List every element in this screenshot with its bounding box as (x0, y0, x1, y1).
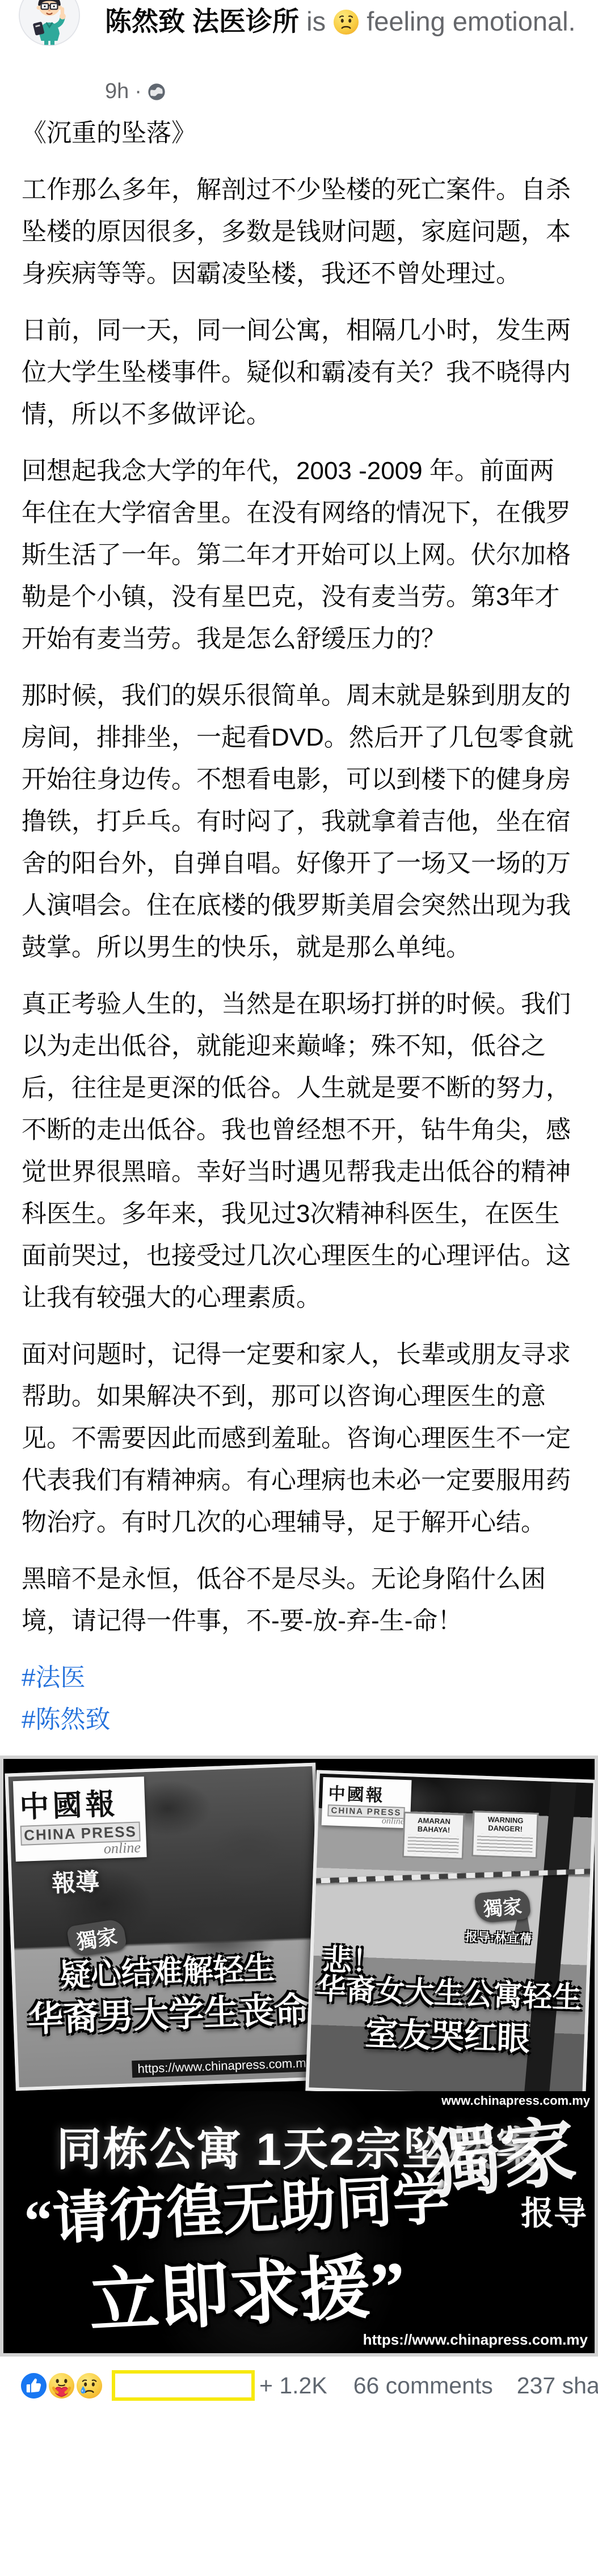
china-press-logo: 中國報 CHINA PRESS online (13, 1776, 147, 1862)
post-header: 陈然致 法医诊所 is feeling emotional. 9h · (0, 0, 598, 109)
post-image[interactable]: 中國報 CHINA PRESS online 報導 獨家 疑心结难解轻生 华裔男… (0, 1756, 598, 2357)
like-reaction-icon[interactable] (20, 2372, 47, 2399)
post-paragraph: 黑暗不是永恒，低谷不是尽头。无论身陷什么困境，请记得一件事，不-要-放-弃-生-… (22, 1558, 576, 1642)
post-paragraph: 工作那么多年，解剖过不少坠楼的死亡案件。自杀坠楼的原因很多，多数是钱财问题，家庭… (22, 169, 576, 295)
shares-count[interactable]: 237 shares (517, 2372, 598, 2399)
author-name-link[interactable]: 陈然致 法医诊所 (105, 6, 299, 36)
globe-privacy-icon (148, 83, 166, 101)
headline-left-2: 华裔男大学生丧命 (16, 1981, 322, 2042)
reactions-bar: + 1.2K 66 comments 237 shares (0, 2369, 598, 2402)
hashtags: #法医 #陈然致 (22, 1657, 576, 1741)
post-title: 《沉重的坠落》 (22, 112, 576, 154)
baodao-stamp: 报导 (521, 2186, 587, 2234)
timestamp[interactable]: 9h (105, 79, 129, 104)
source-url-bottom: https://www.chinapress.com.my (363, 2331, 588, 2349)
avatar[interactable] (19, 0, 80, 46)
facebook-post: 陈然致 法医诊所 is feeling emotional. 9h · (0, 0, 598, 2576)
image-bottom-zone: www.chinapress.com.my 同栋公寓 1天2宗坠楼案 “请彷徨无… (3, 2091, 595, 2353)
reporter-byline: 报导:林宜蒨 (465, 1927, 532, 1947)
activity-feeling: feeling emotional. (367, 6, 575, 36)
press-logo-cn: 中國報 (19, 1779, 140, 1826)
post-paragraph: 日前，同一天，同一间公寓，相隔几小时，发生两位大学生坠楼事件。疑似和霸凌有关？我… (22, 310, 576, 435)
hashtag-chenranzhi[interactable]: #陈然致 (22, 1699, 110, 1741)
post-paragraph: 真正考验人生的，当然是在职场打拼的时候。我们以为走出低谷，就能迎来巅峰；殊不知，… (22, 983, 576, 1319)
activity-is: is (306, 6, 326, 36)
redaction-marker-box (112, 2370, 255, 2401)
quote-line-2: 立即求援” (86, 2230, 408, 2347)
warning-sign-english: WARNING DANGER! (471, 1811, 539, 1859)
reaction-count[interactable]: + 1.2K (259, 2372, 327, 2399)
post-paragraph: 面对问题时，记得一定要和家人，长辈或朋友寻求帮助。如果解决不到，那可以咨询心理医… (22, 1334, 576, 1543)
news-clipping-right: 中國報 CHINA PRESS online AMARAN BAHAYA! WA… (305, 1770, 596, 2101)
meta-dot: · (134, 79, 142, 104)
baodao-tag: 報導 (51, 1863, 100, 1899)
doctor-cartoon-avatar-icon (19, 0, 80, 46)
exclusive-badge: 獨家 (474, 1889, 531, 1923)
hashtag-fayi[interactable]: #法医 (22, 1657, 85, 1699)
sad-reaction-icon[interactable] (76, 2372, 103, 2399)
headline-right-2: 室友哭红眼 (310, 2005, 586, 2062)
warning-sign-malay: AMARAN BAHAYA! (402, 1812, 465, 1860)
header-text: 陈然致 法医诊所 is feeling emotional. (105, 3, 582, 40)
worried-face-emoji-icon (333, 9, 359, 35)
post-meta: 9h · (105, 79, 166, 104)
post-paragraph: 回想起我念大学的年代，2003 -2009 年。前面两年住在大学宿舍里。在没有网… (22, 450, 576, 660)
post-paragraph: 那时候，我们的娱乐很简单。周末就是躲到朋友的房间，排排坐，一起看DVD。然后开了… (22, 675, 576, 968)
comments-count[interactable]: 66 comments (353, 2372, 493, 2399)
press-logo-cn: 中國報 (328, 1779, 406, 1807)
post-body: 《沉重的坠落》 工作那么多年，解剖过不少坠楼的死亡案件。自杀坠楼的原因很多，多数… (0, 109, 598, 1741)
china-press-logo-small: 中國報 CHINA PRESS online (322, 1777, 412, 1828)
care-reaction-icon[interactable] (48, 2372, 75, 2399)
news-clipping-left: 中國報 CHINA PRESS online 報導 獨家 疑心结难解轻生 华裔男… (5, 1763, 326, 2091)
